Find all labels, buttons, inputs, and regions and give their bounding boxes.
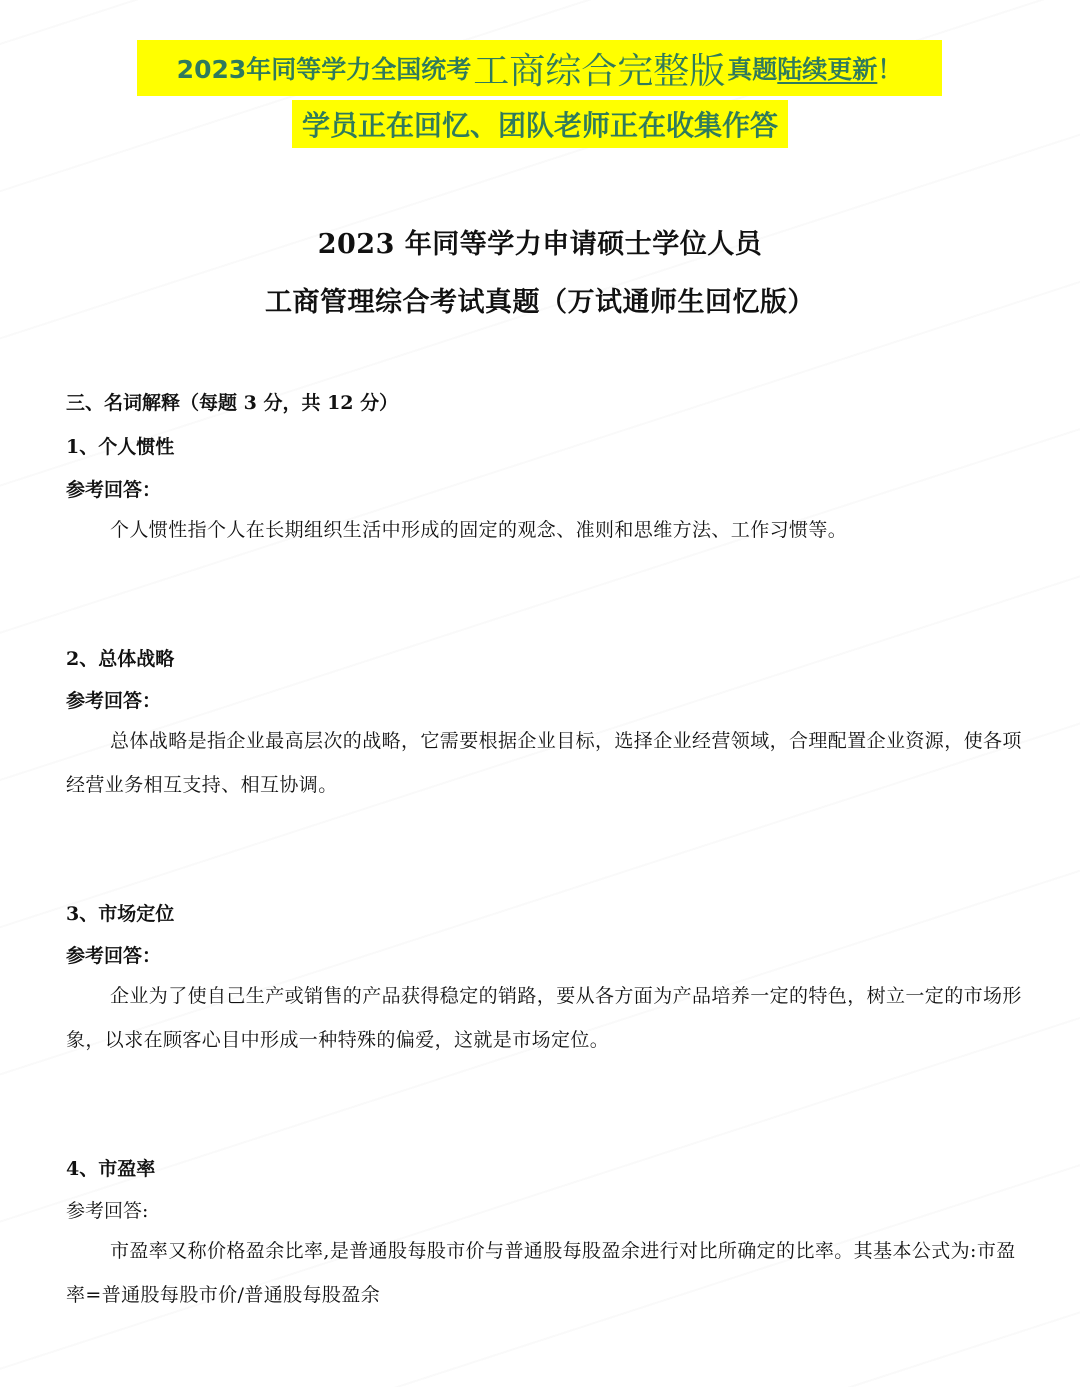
answer-text-3: 企业为了使自己生产或销售的产品获得稳定的销路，要从各方面为产品培养一定的特色，树… [66, 974, 1026, 1062]
answer-text-1: 个人惯性指个人在长期组织生活中形成的固定的观念、准则和思维方法、工作习惯等。 [66, 508, 1026, 552]
answer-label-3: 参考回答： [66, 941, 161, 968]
answer-label-1: 参考回答： [66, 475, 161, 502]
promo-banner-line-2: 学员正在回忆、团队老师正在收集作答 [292, 100, 788, 148]
banner-emphasis: 工商综合完整版 [473, 43, 725, 94]
question-title-1: 1、个人惯性 [66, 432, 174, 459]
banner-prefix: 2023年同等学力全国统考 [177, 50, 472, 86]
answer-text-2: 总体战略是指企业最高层次的战略，它需要根据企业目标，选择企业经营领域，合理配置企… [66, 719, 1026, 807]
banner-suffix: ！ [877, 50, 902, 86]
section-heading: 三、名词解释（每题 3 分，共 12 分） [66, 388, 398, 415]
promo-banner-line-1: 2023年同等学力全国统考 工商综合完整版 真题 陆续更新 ！ [137, 40, 942, 96]
answer-label-2: 参考回答： [66, 686, 161, 713]
answer-label-4: 参考回答: [66, 1196, 148, 1223]
document-title-line-1: 2023 年同等学力申请硕士学位人员 [0, 222, 1080, 261]
document-title-line-2: 工商管理综合考试真题（万试通师生回忆版） [0, 280, 1080, 319]
question-title-2: 2、总体战略 [66, 644, 174, 671]
watermark-pattern [0, 0, 1080, 1387]
question-title-4: 4、市盈率 [66, 1154, 155, 1181]
banner-underlined: 陆续更新 [777, 50, 877, 86]
banner-mid: 真题 [727, 50, 777, 86]
answer-text-4: 市盈率又称价格盈余比率,是普通股每股市价与普通股每股盈余进行对比所确定的比率。其… [66, 1229, 1026, 1317]
question-title-3: 3、市场定位 [66, 899, 174, 926]
